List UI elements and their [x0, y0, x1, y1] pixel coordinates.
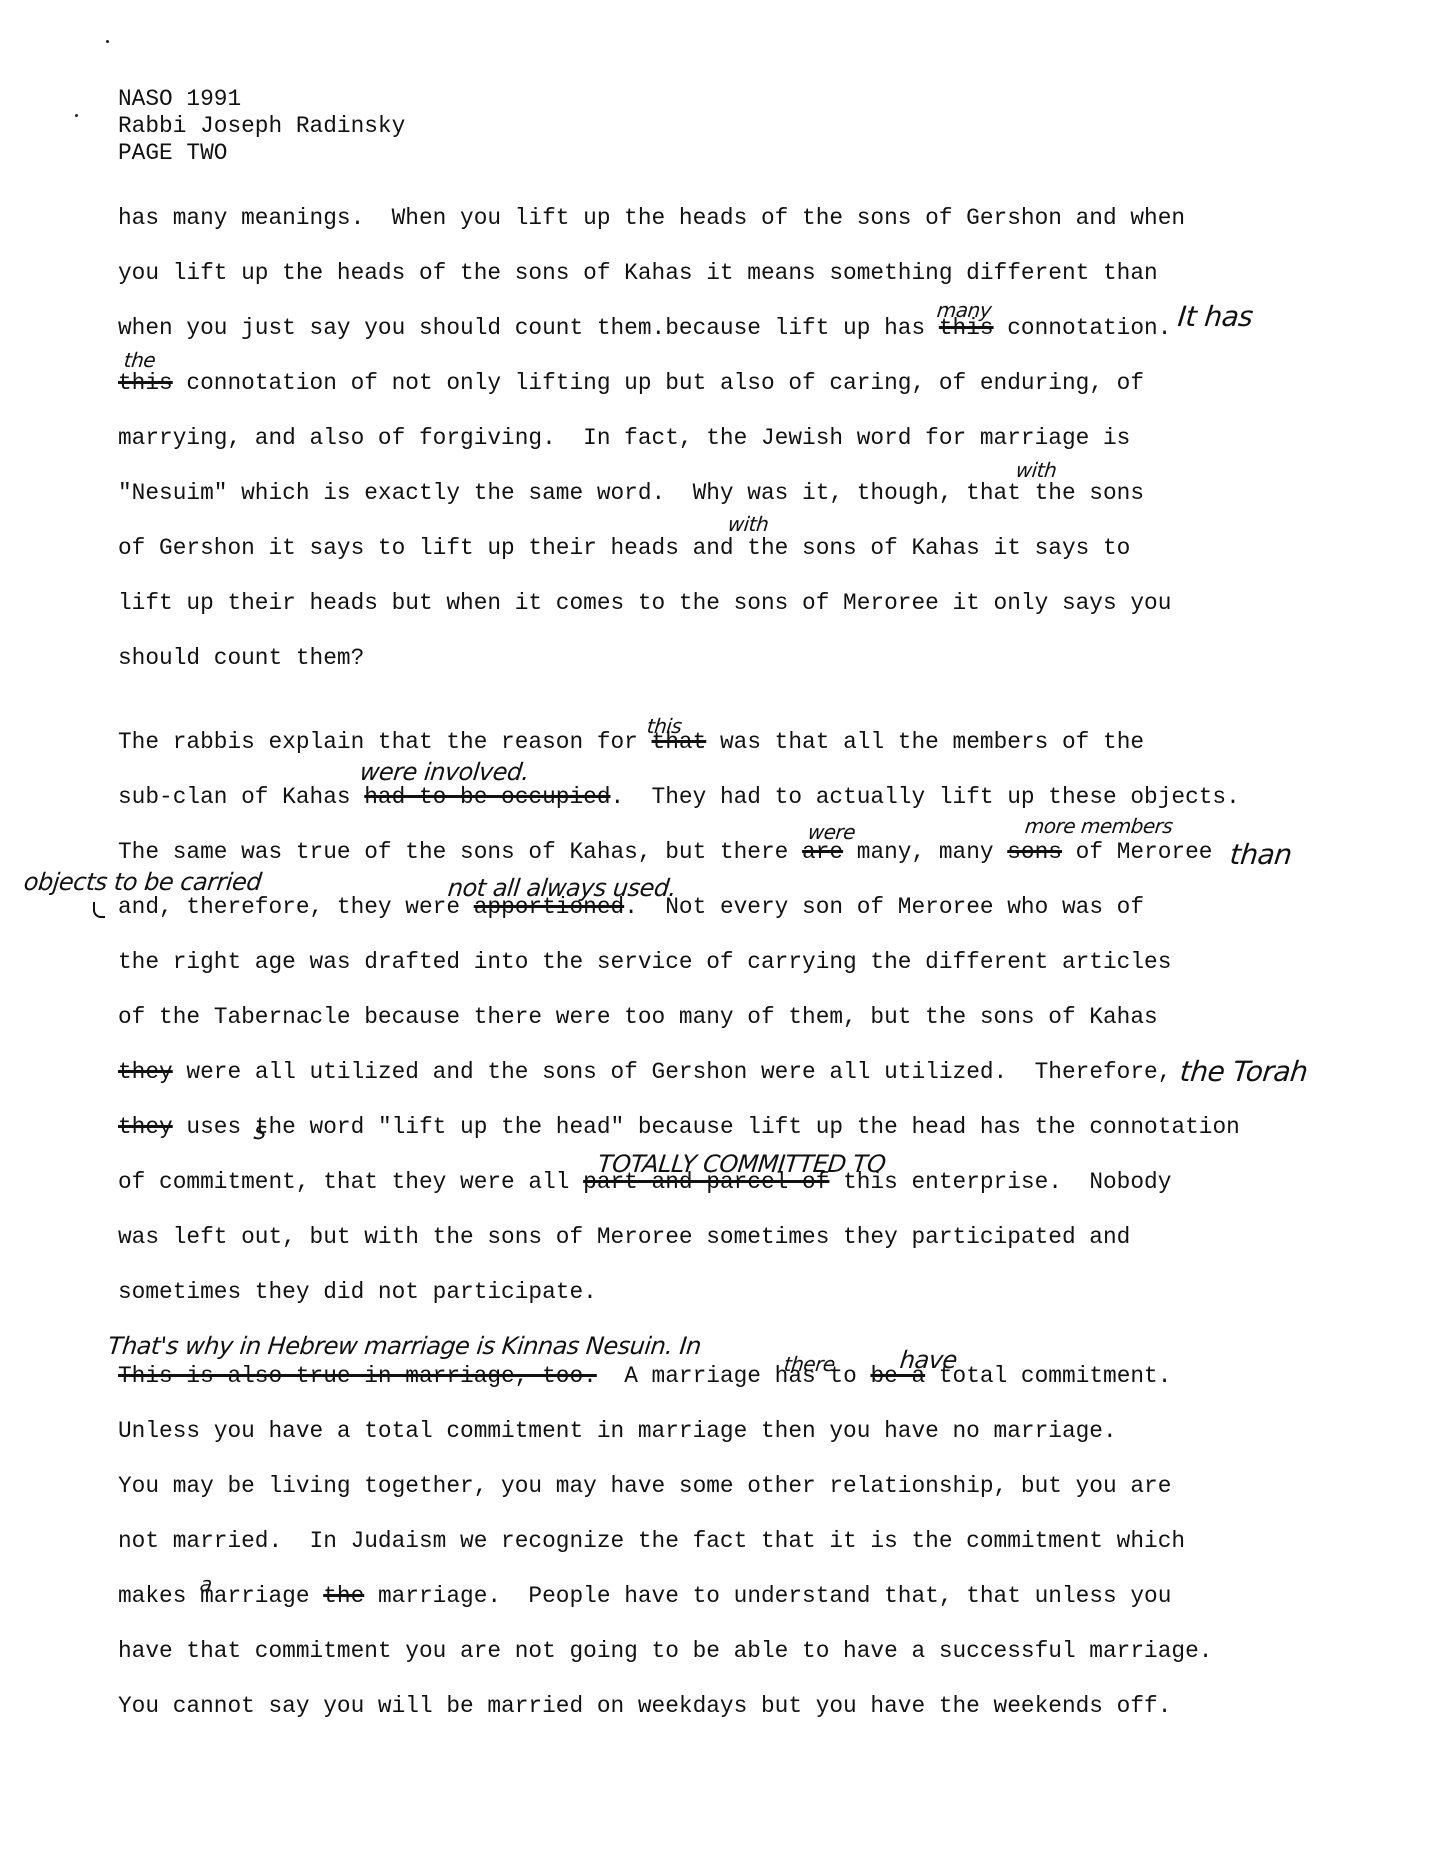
scan-speck [75, 114, 78, 117]
typed-text: The rabbis explain that the reason for [118, 729, 652, 755]
text-line: You may be living together, you may have… [118, 1472, 1171, 1500]
doc-title: NASO 1991 [118, 86, 241, 113]
insertion-mark [93, 902, 105, 918]
typed-text: of Meroree [1062, 839, 1212, 865]
typed-text: should count them? [118, 645, 364, 671]
typed-text: of commitment, that they were all [118, 1169, 583, 1195]
typed-text: and, therefore, they were [118, 894, 474, 920]
typed-text: sometimes they did not participate. [118, 1279, 597, 1305]
handwritten-have: have [899, 1346, 959, 1374]
handwritten-thats-why-hebrew: That's why in Hebrew marriage is Kinnas … [107, 1332, 703, 1360]
text-line: when you just say you should count them.… [118, 314, 1171, 342]
text-line: of Gershon it says to lift up their head… [118, 534, 1130, 562]
handwritten-totally-committed-to: TOTALLY COMMITTED TO [597, 1150, 887, 1178]
struck-text: they [118, 1059, 173, 1085]
text-line: you lift up the heads of the sons of Kah… [118, 259, 1158, 287]
struck-text: This is also true in marriage, too. [118, 1363, 597, 1389]
text-line: This is also true in marriage, too. A ma… [118, 1362, 1171, 1390]
typed-text: sub-clan of Kahas [118, 784, 364, 810]
handwritten-it-has: It has [1176, 300, 1254, 333]
struck-text: the [323, 1583, 364, 1609]
typed-text: Unless you have a total commitment in ma… [118, 1418, 1117, 1444]
document-page: NASO 1991 Rabbi Joseph Radinsky PAGE TWO… [0, 0, 1430, 1851]
handwritten-the-torah: the Torah [1178, 1055, 1309, 1088]
text-line: they uses the word "lift up the head" be… [118, 1113, 1240, 1141]
doc-page-label: PAGE TWO [118, 140, 227, 167]
doc-author: Rabbi Joseph Radinsky [118, 113, 405, 140]
typed-text: have that commitment you are not going t… [118, 1638, 1212, 1664]
typed-text: the right age was drafted into the servi… [118, 949, 1171, 975]
typed-text: uses the word "lift up the head" because… [173, 1114, 1240, 1140]
typed-text: total commitment. [925, 1363, 1171, 1389]
handwritten-the: the [123, 348, 157, 372]
text-line: marrying, and also of forgiving. In fact… [118, 424, 1130, 452]
text-line: of the Tabernacle because there were too… [118, 1003, 1158, 1031]
text-line: the right age was drafted into the servi… [118, 948, 1171, 976]
handwritten-with: with [1015, 458, 1058, 482]
text-line: this connotation of not only lifting up … [118, 369, 1144, 397]
handwritten-were-involved: were involved. [359, 758, 531, 786]
typed-text: The same was true of the sons of Kahas, … [118, 839, 802, 865]
text-line: not married. In Judaism we recognize the… [118, 1527, 1185, 1555]
handwritten-many: many [936, 298, 993, 322]
typed-text: of Gershon it says to lift up their head… [118, 535, 1130, 561]
typed-text: you lift up the heads of the sons of Kah… [118, 260, 1158, 286]
text-line: The same was true of the sons of Kahas, … [118, 838, 1212, 866]
typed-text: marriage. People have to understand that… [364, 1583, 1171, 1609]
struck-text: they [118, 1114, 173, 1140]
text-line: lift up their heads but when it comes to… [118, 589, 1171, 617]
typed-text: connotation of not only lifting up but a… [173, 370, 1144, 396]
text-line: Unless you have a total commitment in ma… [118, 1417, 1117, 1445]
handwritten-there: there [783, 1352, 836, 1376]
text-line: should count them? [118, 644, 364, 672]
typed-text: "Nesuim" which is exactly the same word.… [118, 480, 1144, 506]
scan-speck [106, 40, 109, 43]
typed-text: was that all the members of the [706, 729, 1144, 755]
typed-text: marrying, and also of forgiving. In fact… [118, 425, 1130, 451]
handwritten-were: were [807, 820, 857, 844]
typed-text: was left out, but with the sons of Meror… [118, 1224, 1130, 1250]
typed-text: connotation. [994, 315, 1172, 341]
text-line: was left out, but with the sons of Meror… [118, 1223, 1130, 1251]
handwritten-not-all-always-used: not all always used. [447, 874, 678, 902]
typed-text: many, many [843, 839, 1007, 865]
typed-text: lift up their heads but when it comes to… [118, 590, 1171, 616]
text-line: has many meanings. When you lift up the … [118, 204, 1185, 232]
typed-text: not married. In Judaism we recognize the… [118, 1528, 1185, 1554]
typed-text: makes marriage [118, 1583, 323, 1609]
typed-text: when you just say you should count them.… [118, 315, 939, 341]
handwritten-with-2: with [727, 512, 770, 536]
typed-text: You cannot say you will be married on we… [118, 1693, 1171, 1719]
typed-text: . They had to actually lift up these obj… [611, 784, 1240, 810]
struck-text: this [118, 370, 173, 396]
text-line: they were all utilized and the sons of G… [118, 1058, 1171, 1086]
typed-text: of the Tabernacle because there were too… [118, 1004, 1158, 1030]
text-line: sub-clan of Kahas had to be occupied. Th… [118, 783, 1240, 811]
typed-text: were all utilized and the sons of Gersho… [173, 1059, 1172, 1085]
handwritten-objects-to-be-carried: objects to be carried [23, 868, 263, 896]
handwritten-more-members: more members [1024, 814, 1174, 838]
struck-text: had to be occupied [364, 784, 610, 810]
typed-text: has many meanings. When you lift up the … [118, 205, 1185, 231]
typed-text: You may be living together, you may have… [118, 1473, 1171, 1499]
text-line: You cannot say you will be married on we… [118, 1692, 1171, 1720]
handwritten-a: a [199, 1572, 213, 1596]
text-line: have that commitment you are not going t… [118, 1637, 1212, 1665]
text-line: "Nesuim" which is exactly the same word.… [118, 479, 1144, 507]
typed-text: . Not every son of Meroree who was of [624, 894, 1144, 920]
text-line: The rabbis explain that the reason for t… [118, 728, 1144, 756]
text-line: makes marriage the marriage. People have… [118, 1582, 1171, 1610]
struck-text: sons [1007, 839, 1062, 865]
handwritten-than: than [1228, 838, 1293, 871]
handwritten-this: this [646, 714, 683, 738]
text-line: sometimes they did not participate. [118, 1278, 597, 1306]
